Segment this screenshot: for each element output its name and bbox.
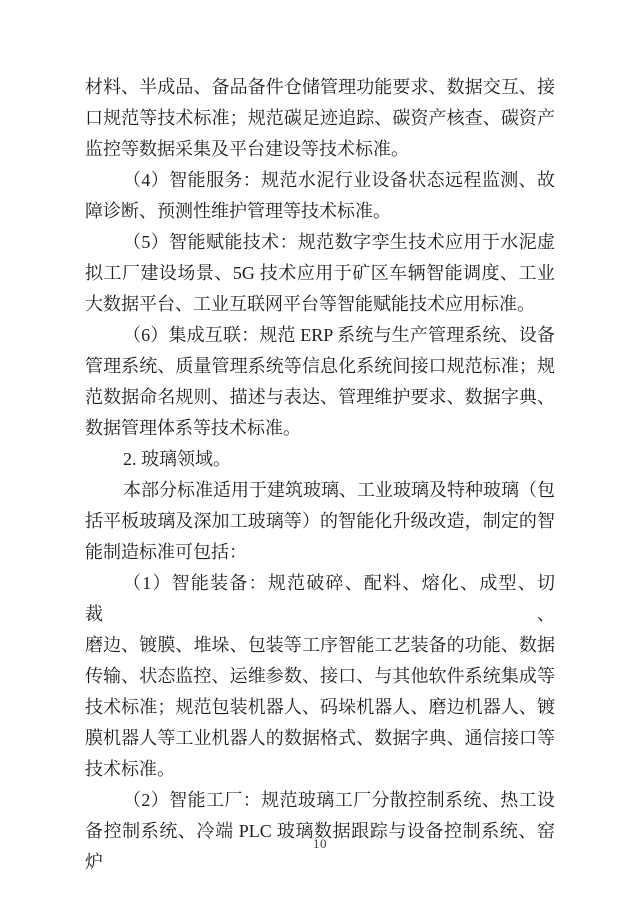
text-line: 技术标准；规范包装机器人、码垛机器人、磨边机器人、镀 xyxy=(85,692,555,723)
text-line: 膜机器人等工业机器人的数据格式、数据字典、通信接口等 xyxy=(85,723,555,754)
text-block: 材料、半成品、备品备件仓储管理功能要求、数据交互、接口规范等技术标准；规范碳足迹… xyxy=(85,72,555,878)
text-line: 磨边、镀膜、堆垛、包装等工序智能工艺装备的功能、数据 xyxy=(85,630,555,661)
text-line: 括平板玻璃及深加工玻璃等）的智能化升级改造，制定的智 xyxy=(85,506,555,537)
text-line: （5）智能赋能技术：规范数字孪生技术应用于水泥虚 xyxy=(85,227,555,258)
document-page: 材料、半成品、备品备件仓储管理功能要求、数据交互、接口规范等技术标准；规范碳足迹… xyxy=(0,0,640,904)
text-line: 能制造标准可包括： xyxy=(85,537,555,568)
text-line: 2. 玻璃领域。 xyxy=(85,444,555,475)
page-number: 10 xyxy=(0,836,640,852)
text-line: （6）集成互联：规范 ERP 系统与生产管理系统、设备 xyxy=(85,320,555,351)
text-line: 大数据平台、工业互联网平台等智能赋能技术应用标准。 xyxy=(85,289,555,320)
text-line: 口规范等技术标准；规范碳足迹追踪、碳资产核查、碳资产 xyxy=(85,103,555,134)
text-line: 技术标准。 xyxy=(85,754,555,785)
text-line: 管理系统、质量管理系统等信息化系统间接口规范标准；规 xyxy=(85,351,555,382)
text-line: （1）智能装备：规范破碎、配料、熔化、成型、切裁、 xyxy=(85,568,555,630)
text-line: （2）智能工厂：规范玻璃工厂分散控制系统、热工设 xyxy=(85,785,555,816)
text-line: 范数据命名规则、描述与表达、管理维护要求、数据字典、 xyxy=(85,382,555,413)
text-line: （4）智能服务：规范水泥行业设备状态远程监测、故 xyxy=(85,165,555,196)
text-line: 材料、半成品、备品备件仓储管理功能要求、数据交互、接 xyxy=(85,72,555,103)
text-line: 障诊断、预测性维护管理等技术标准。 xyxy=(85,196,555,227)
text-line: 监控等数据采集及平台建设等技术标准。 xyxy=(85,134,555,165)
text-line: 拟工厂建设场景、5G 技术应用于矿区车辆智能调度、工业 xyxy=(85,258,555,289)
text-line: 数据管理体系等技术标准。 xyxy=(85,413,555,444)
text-line: 本部分标准适用于建筑玻璃、工业玻璃及特种玻璃（包 xyxy=(85,475,555,506)
text-line: 传输、状态监控、运维参数、接口、与其他软件系统集成等 xyxy=(85,661,555,692)
